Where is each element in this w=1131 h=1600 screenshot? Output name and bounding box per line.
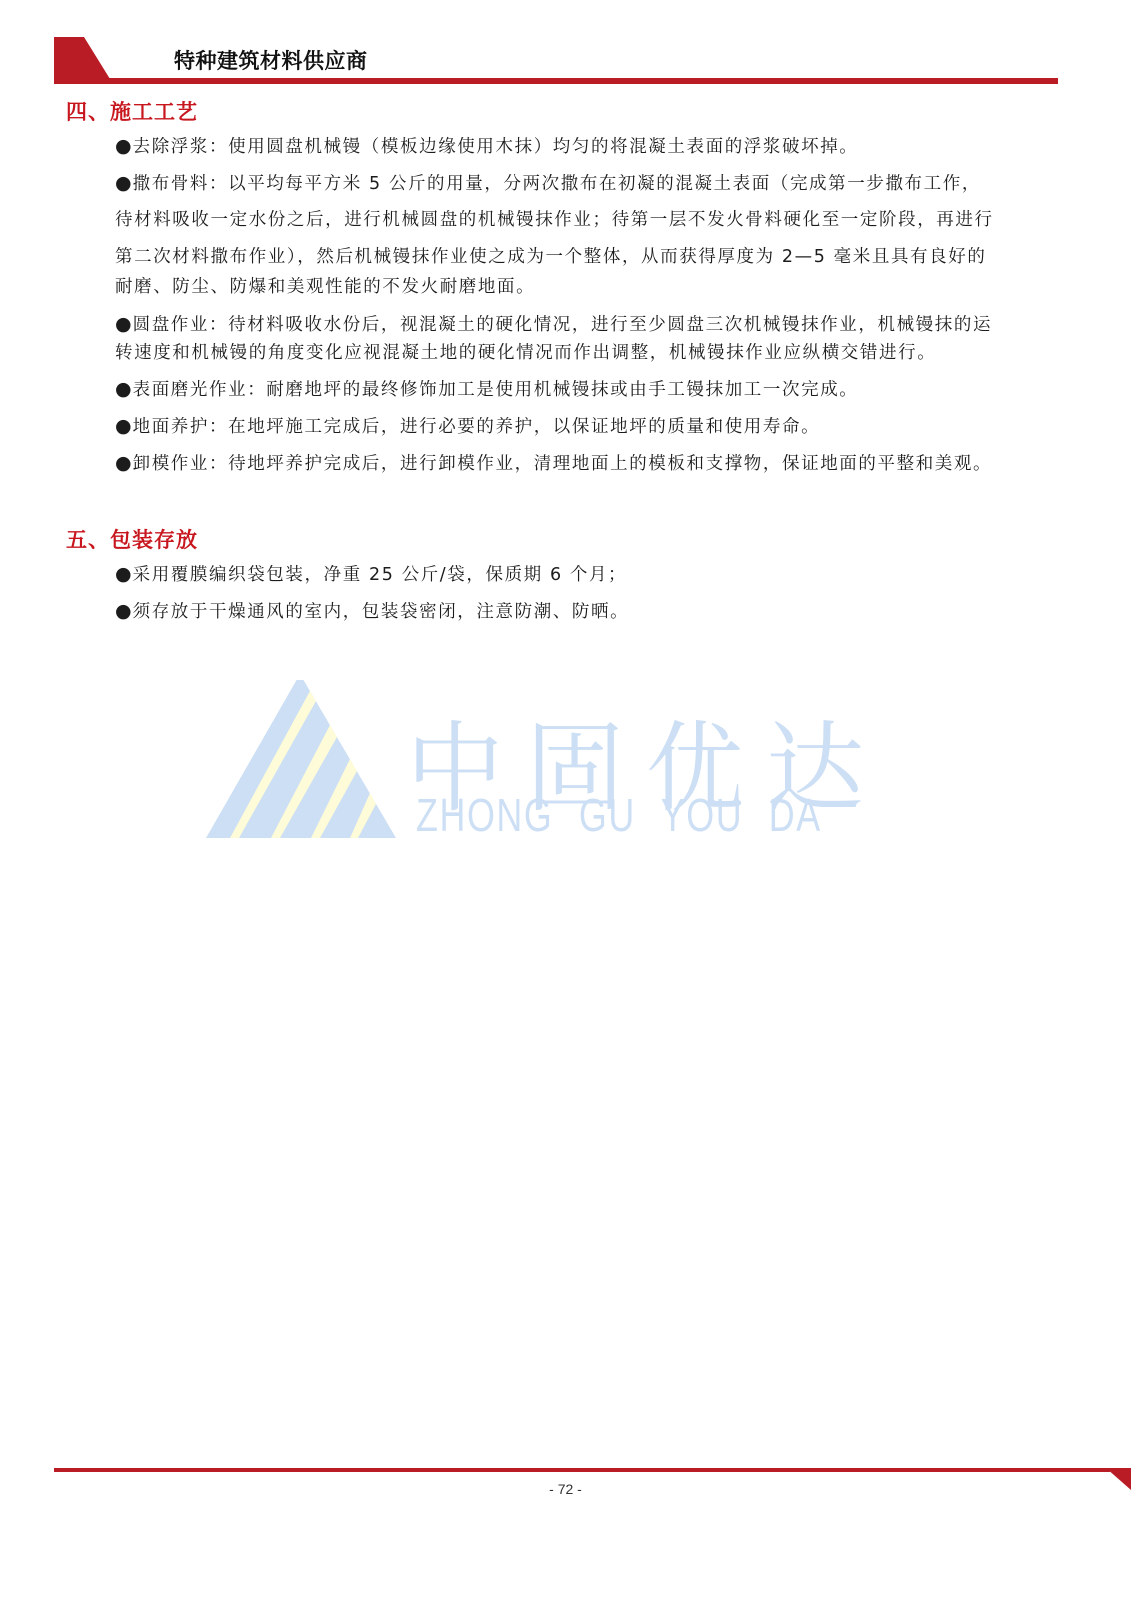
page-header: 特种建筑材料供应商 (0, 0, 1131, 100)
list-item-line: 待材料吸收一定水份之后，进行机械圆盘的机械镘抹作业；待第一层不发火骨料硬化至一定… (115, 209, 994, 231)
list-item-line: ●撒布骨料：以平均每平方米 5 公斤的用量，分两次撒布在初凝的混凝土表面（完成第… (115, 172, 981, 195)
list-item-text: 地面养护：在地坪施工完成后，进行必要的养护，以保证地坪的质量和使用寿命。 (133, 417, 821, 437)
list-item-line: 转速度和机械镘的角度变化应视混凝土地的硬化情况而作出调整，机械镘抹作业应纵横交错… (115, 342, 936, 364)
list-item: ●去除浮浆：使用圆盘机械镘（模板边缘使用木抹）均匀的将混凝土表面的浮浆破坏掉。 (115, 135, 858, 158)
bullet-icon: ● (115, 600, 132, 622)
watermark-english-name: ZHONG GU YOU DA (416, 788, 822, 842)
list-item: ●卸模作业：待地坪养护完成后，进行卸模作业，清理地面上的模板和支撑物，保证地面的… (115, 452, 992, 475)
section-heading-construction-process: 四、施工工艺 (66, 96, 198, 126)
list-item: ●须存放于干燥通风的室内，包装袋密闭，注意防潮、防晒。 (115, 600, 629, 623)
list-item-text: 采用覆膜编织袋包装，净重 25 公斤/袋，保质期 6 个月； (133, 565, 628, 585)
list-item-text: 须存放于干燥通风的室内，包装袋密闭，注意防潮、防晒。 (133, 602, 630, 622)
triangle-logo-icon (206, 680, 406, 860)
list-item-text: 圆盘作业：待材料吸收水份后，视混凝土的硬化情况，进行至少圆盘三次机械镘抹作业，机… (133, 315, 993, 335)
bullet-icon: ● (115, 378, 132, 400)
list-item-text: 去除浮浆：使用圆盘机械镘（模板边缘使用木抹）均匀的将混凝土表面的浮浆破坏掉。 (133, 137, 859, 157)
bullet-icon: ● (115, 135, 132, 157)
bullet-icon: ● (115, 415, 132, 437)
list-item-text: 撒布骨料：以平均每平方米 5 公斤的用量，分两次撒布在初凝的混凝土表面（完成第一… (133, 174, 981, 194)
bullet-icon: ● (115, 172, 132, 194)
list-item-line: ●圆盘作业：待材料吸收水份后，视混凝土的硬化情况，进行至少圆盘三次机械镘抹作业，… (115, 313, 992, 336)
list-item: ●表面磨光作业：耐磨地坪的最终修饰加工是使用机械镘抹或由手工镘抹加工一次完成。 (115, 378, 858, 401)
header-title: 特种建筑材料供应商 (174, 45, 368, 75)
list-item: ●地面养护：在地坪施工完成后，进行必要的养护，以保证地坪的质量和使用寿命。 (115, 415, 820, 438)
bullet-icon: ● (115, 452, 132, 474)
list-item: ●采用覆膜编织袋包装，净重 25 公斤/袋，保质期 6 个月； (115, 563, 627, 586)
list-item-line: 第二次材料撒布作业），然后机械镘抹作业使之成为一个整体，从而获得厚度为 2—5 … (115, 246, 986, 268)
list-item-text: 表面磨光作业：耐磨地坪的最终修饰加工是使用机械镘抹或由手工镘抹加工一次完成。 (133, 380, 859, 400)
header-red-tab-decoration (0, 0, 1131, 100)
section-heading-packaging-storage: 五、包装存放 (66, 524, 198, 554)
list-item-text: 卸模作业：待地坪养护完成后，进行卸模作业，清理地面上的模板和支撑物，保证地面的平… (133, 454, 993, 474)
bullet-icon: ● (115, 313, 132, 335)
bullet-icon: ● (115, 563, 132, 585)
company-watermark-logo: 中固优达 ZHONG GU YOU DA (206, 680, 846, 860)
page-number: - 72 - (0, 1481, 1131, 1497)
list-item-line: 耐磨、防尘、防爆和美观性能的不发火耐磨地面。 (115, 276, 535, 298)
